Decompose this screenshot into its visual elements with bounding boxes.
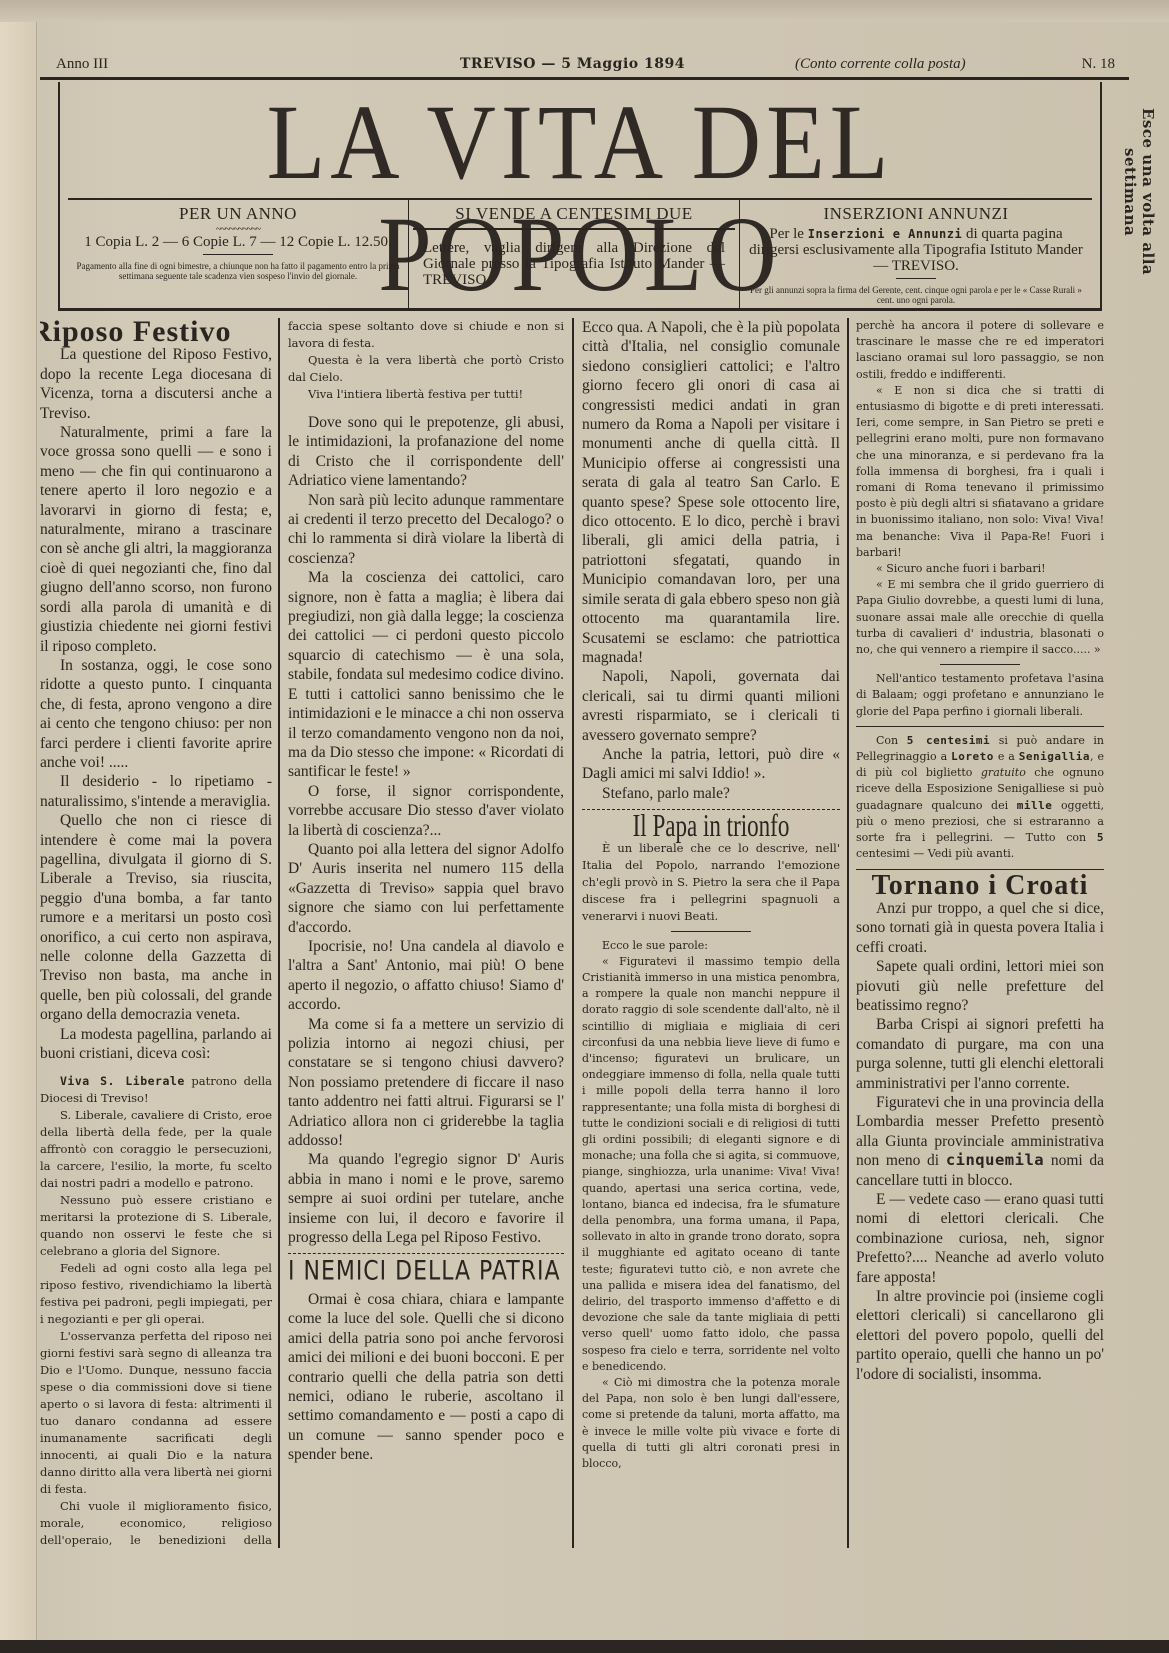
header-rule xyxy=(40,77,1129,80)
left-margin-text xyxy=(40,90,54,300)
paragraph: Anche la patria, lettori, può dire « Dag… xyxy=(582,745,840,784)
paragraph: Ma la coscienza dei cattolici, caro sign… xyxy=(288,568,564,781)
divider xyxy=(671,931,751,932)
divider xyxy=(940,664,1020,665)
payment-note: Pagamento alla fine di ogni bimestre, a … xyxy=(68,261,408,281)
paragraph: Ma come si fa a mettere un servizio di p… xyxy=(288,1015,564,1151)
paragraph: « E non si dica che si tratti di entusia… xyxy=(856,383,1104,561)
paragraph: E — vedete caso — erano quasi tutti nomi… xyxy=(856,1190,1104,1287)
place-date: TREVISO — 5 Maggio 1894 xyxy=(460,56,685,72)
paragraph: O forse, il signor corrispondente, vorre… xyxy=(288,782,564,840)
ads-box: INSERZIONI ANNUNZI Per le Inserzioni e A… xyxy=(740,200,1092,308)
paragraph: Ecco qua. A Napoli, che è la più popolat… xyxy=(582,318,840,667)
column-3: Ecco qua. A Napoli, che è la più popolat… xyxy=(582,318,840,1548)
paragraph: Ormai è cosa chiara, chiara e lampante c… xyxy=(288,1290,564,1465)
paragraph: Dove sono qui le prepotenze, gli abusi, … xyxy=(288,413,564,491)
paragraph: Ipocrisie, no! Una candela al diavolo e … xyxy=(288,937,564,1015)
subscription-prices: 1 Copia L. 2 — 6 Copie L. 7 — 12 Copie L… xyxy=(68,234,408,250)
quote-paragraph: Fedeli ad ogni costo alla lega pel ripos… xyxy=(40,1260,272,1328)
paragraph: « Sicuro anche fuori i barbari! xyxy=(856,561,1104,577)
ads-note: Per gli annunzi sopra la firma del Geren… xyxy=(740,285,1092,305)
ads-heading: INSERZIONI ANNUNZI xyxy=(740,206,1092,222)
paragraph: È un liberale che ce lo descrive, nell' … xyxy=(582,840,840,925)
section-divider xyxy=(288,1253,564,1254)
paragraph: Il desiderio - lo ripetiamo - naturaliss… xyxy=(40,772,272,811)
article-title-riposo-festivo: Riposo Festivo xyxy=(40,322,272,341)
quote-paragraph: S. Liberale, cavaliere di Cristo, eroe d… xyxy=(40,1107,272,1192)
divider xyxy=(896,278,936,279)
ads-body: Per le Inserzioni e Annunzi di quarta pa… xyxy=(740,226,1092,274)
article-title-nemici-della-patria: I NEMICI DELLA PATRIA xyxy=(288,1261,564,1284)
paragraph: Ma quando l'egregio signor D' Auris abbi… xyxy=(288,1150,564,1247)
masthead-bottom-rule xyxy=(58,308,1102,311)
paragraph: Quanto poi alla lettera del signor Adolf… xyxy=(288,840,564,937)
quote-paragraph: Questa è la vera libertà che portò Crist… xyxy=(288,352,564,386)
article-title-tornano-i-croati: Tornano i Croati xyxy=(856,876,1104,895)
volume-label: Anno III xyxy=(56,56,108,73)
newspaper-page: Anno III TREVISO — 5 Maggio 1894 (Conto … xyxy=(0,0,1169,1640)
paragraph: La questione del Riposo Festivo, dopo la… xyxy=(40,345,272,423)
section-divider xyxy=(856,726,1104,727)
paragraph: Anzi pur troppo, a quel che si dice, son… xyxy=(856,899,1104,957)
column-1: Riposo Festivo La questione del Riposo F… xyxy=(40,318,272,1548)
quote-paragraph: L'osservanza perfetta del riposo nei gio… xyxy=(40,1328,272,1498)
paragraph: perchè ha ancora il potere di sollevare … xyxy=(856,318,1104,383)
column-rule xyxy=(847,318,849,1548)
pilgrimage-notice: Con 5 centesimi si può andare in Pellegr… xyxy=(856,733,1104,863)
paragraph: « Ciò mi dimostra che la potenza morale … xyxy=(582,1375,840,1472)
column-rule xyxy=(278,318,280,1548)
subscription-box: PER UN ANNO ~~~~~~~~~~ 1 Copia L. 2 — 6 … xyxy=(68,200,409,308)
paragraph: Stefano, parlo male? xyxy=(582,784,840,803)
issue-number: N. 18 xyxy=(1082,56,1115,73)
divider xyxy=(413,228,735,230)
postal-account-note: (Conto corrente colla posta) xyxy=(795,56,966,73)
paragraph: Sapete quali ordini, lettori miei son pi… xyxy=(856,957,1104,1015)
frequency-note: Esce una volta alla settimana xyxy=(1133,82,1157,302)
quote-paragraph: Chi vuole il miglioramento fisico, moral… xyxy=(40,1498,272,1548)
sale-body: Lettere, vaglia dirigere alla Direzione … xyxy=(409,240,739,288)
sale-box: SI VENDE A CENTESIMI DUE Lettere, vaglia… xyxy=(409,200,740,308)
quote-paragraph: faccia spese soltanto dove si chiude e n… xyxy=(288,318,564,352)
paragraph: In sostanza, oggi, le cose sono ridotte … xyxy=(40,656,272,772)
info-boxes: PER UN ANNO ~~~~~~~~~~ 1 Copia L. 2 — 6 … xyxy=(68,198,1092,308)
paragraph: Naturalmente, primi a fare la voce gross… xyxy=(40,423,272,656)
paragraph: Ecco le sue parole: xyxy=(582,938,840,954)
paragraph: Barba Crispi ai signori prefetti ha coma… xyxy=(856,1015,1104,1093)
issue-info-line: Anno III TREVISO — 5 Maggio 1894 (Conto … xyxy=(40,52,1129,76)
paragraph: « E mi sembra che il grido guerriero di … xyxy=(856,577,1104,658)
sale-heading: SI VENDE A CENTESIMI DUE xyxy=(409,206,739,222)
column-2: faccia spese soltanto dove si chiude e n… xyxy=(288,318,564,1548)
masthead: LA VITA DEL POPOLO PER UN ANNO ~~~~~~~~~… xyxy=(58,82,1102,310)
quote-paragraph: Nessuno può essere cristiano e meritarsi… xyxy=(40,1192,272,1260)
ornament: ~~~~~~~~~~ xyxy=(68,226,408,234)
paragraph: Nell'antico testamento profetava l'asina… xyxy=(856,671,1104,720)
subscription-heading: PER UN ANNO xyxy=(68,206,408,222)
paragraph: In altre provincie poi (insieme cogli el… xyxy=(856,1287,1104,1384)
paragraph: La modesta pagellina, parlando ai buoni … xyxy=(40,1025,272,1064)
paragraph: Napoli, Napoli, governata dai clericali,… xyxy=(582,667,840,745)
article-title-papa-in-trionfo: Il Papa in trionfo xyxy=(618,816,804,835)
quote-paragraph: Viva l'intiera libertà festiva per tutti… xyxy=(288,386,564,403)
column-rule xyxy=(572,318,574,1548)
column-4: perchè ha ancora il potere di sollevare … xyxy=(856,318,1104,1548)
paragraph: Figuratevi che in una provincia della Lo… xyxy=(856,1093,1104,1190)
paragraph: Quello che non ci riesce di intendere è … xyxy=(40,811,272,1024)
divider xyxy=(203,254,273,255)
quote-paragraph: Viva S. Liberale patrono della Diocesi d… xyxy=(40,1073,272,1107)
paragraph: « Figuratevi il massimo tempio della Cri… xyxy=(582,954,840,1375)
paragraph: Non sarà più lecito adunque rammentare a… xyxy=(288,491,564,569)
